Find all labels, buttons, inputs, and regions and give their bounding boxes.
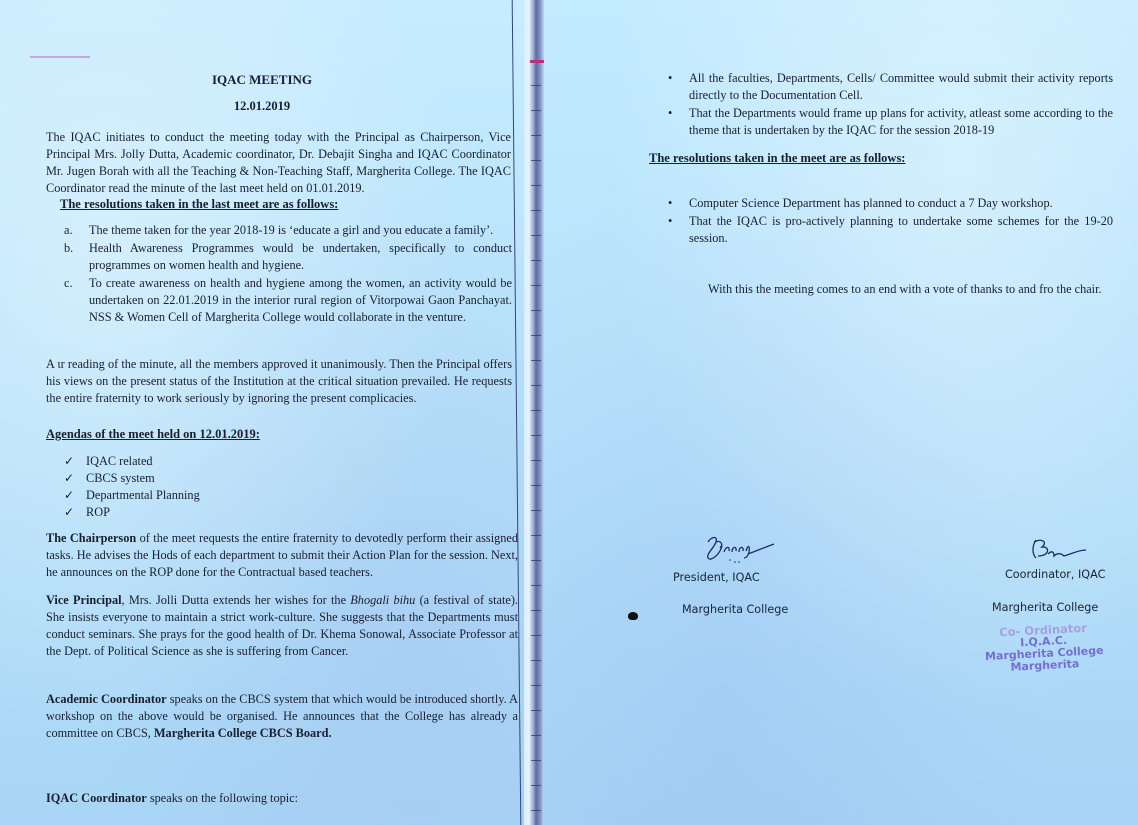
ink-blot <box>628 612 638 620</box>
coordinator-signature <box>1028 536 1094 564</box>
agenda-item: ✓IQAC related <box>64 453 200 470</box>
bullet-icon: • <box>668 195 672 212</box>
coordinator-stamp: Co- Ordinator I.Q.A.C. Margherita Colleg… <box>983 621 1105 675</box>
right-page: •All the faculties, Departments, Cells/ … <box>544 0 1138 825</box>
coordinator-org: Margherita College <box>992 601 1098 614</box>
last-resolutions-list: a.The theme taken for the year 2018-19 i… <box>64 222 512 326</box>
list-item: •That the IQAC is pro-actively planning … <box>665 213 1113 247</box>
agenda-item: ✓Departmental Planning <box>64 487 200 504</box>
list-item: •Computer Science Department has planned… <box>665 195 1113 212</box>
intro-paragraph: The IQAC initiates to conduct the meetin… <box>46 129 511 197</box>
coordinator-role: Coordinator, IQAC <box>1005 568 1105 581</box>
bullet-icon: • <box>668 213 672 230</box>
vice-principal-paragraph: Vice Principal, Mrs. Jolli Dutta extends… <box>46 592 518 660</box>
list-item: c.To create awareness on health and hygi… <box>64 275 512 326</box>
check-icon: ✓ <box>64 453 74 470</box>
after-reading-paragraph: A ɩr reading of the minute, all the memb… <box>46 356 512 407</box>
binding-stitches <box>531 60 541 820</box>
left-page: IQAC MEETING 12.01.2019 The IQAC initiat… <box>0 0 524 825</box>
president-signature <box>702 532 782 566</box>
president-org: Margherita College <box>682 603 788 616</box>
check-icon: ✓ <box>64 504 74 521</box>
list-item: a.The theme taken for the year 2018-19 i… <box>64 222 512 239</box>
list-item: •All the faculties, Departments, Cells/ … <box>665 70 1113 104</box>
agenda-list: ✓IQAC related ✓CBCS system ✓Departmental… <box>64 453 200 521</box>
list-item: •That the Departments would frame up pla… <box>665 105 1113 139</box>
chairperson-paragraph: The Chairperson of the meet requests the… <box>46 530 518 581</box>
president-role: President, IQAC <box>673 571 760 584</box>
resolutions-heading: The resolutions taken in the meet are as… <box>649 150 905 167</box>
resolutions-list: •Computer Science Department has planned… <box>665 195 1113 248</box>
iqac-coordinator-paragraph: IQAC Coordinator speaks on the following… <box>46 790 298 807</box>
bullet-icon: • <box>668 70 672 87</box>
agendas-heading: Agendas of the meet held on 12.01.2019: <box>46 426 260 443</box>
document-title: IQAC MEETING <box>0 71 524 88</box>
bullet-icon: • <box>668 105 672 122</box>
agenda-item: ✓ROP <box>64 504 200 521</box>
document-date: 12.01.2019 <box>0 98 524 115</box>
iqac-topic-list: •All the faculties, Departments, Cells/ … <box>665 70 1113 140</box>
list-item: b.Health Awareness Programmes would be u… <box>64 240 512 274</box>
check-icon: ✓ <box>64 470 74 487</box>
academic-coordinator-paragraph: Academic Coordinator speaks on the CBCS … <box>46 691 518 742</box>
binding-pink-mark <box>530 60 544 63</box>
pink-mark <box>30 56 90 58</box>
last-resolutions-heading: The resolutions taken in the last meet a… <box>60 196 338 213</box>
agenda-item: ✓CBCS system <box>64 470 200 487</box>
check-icon: ✓ <box>64 487 74 504</box>
book-binding <box>524 0 544 825</box>
closing-paragraph: With this the meeting comes to an end wi… <box>708 281 1118 298</box>
